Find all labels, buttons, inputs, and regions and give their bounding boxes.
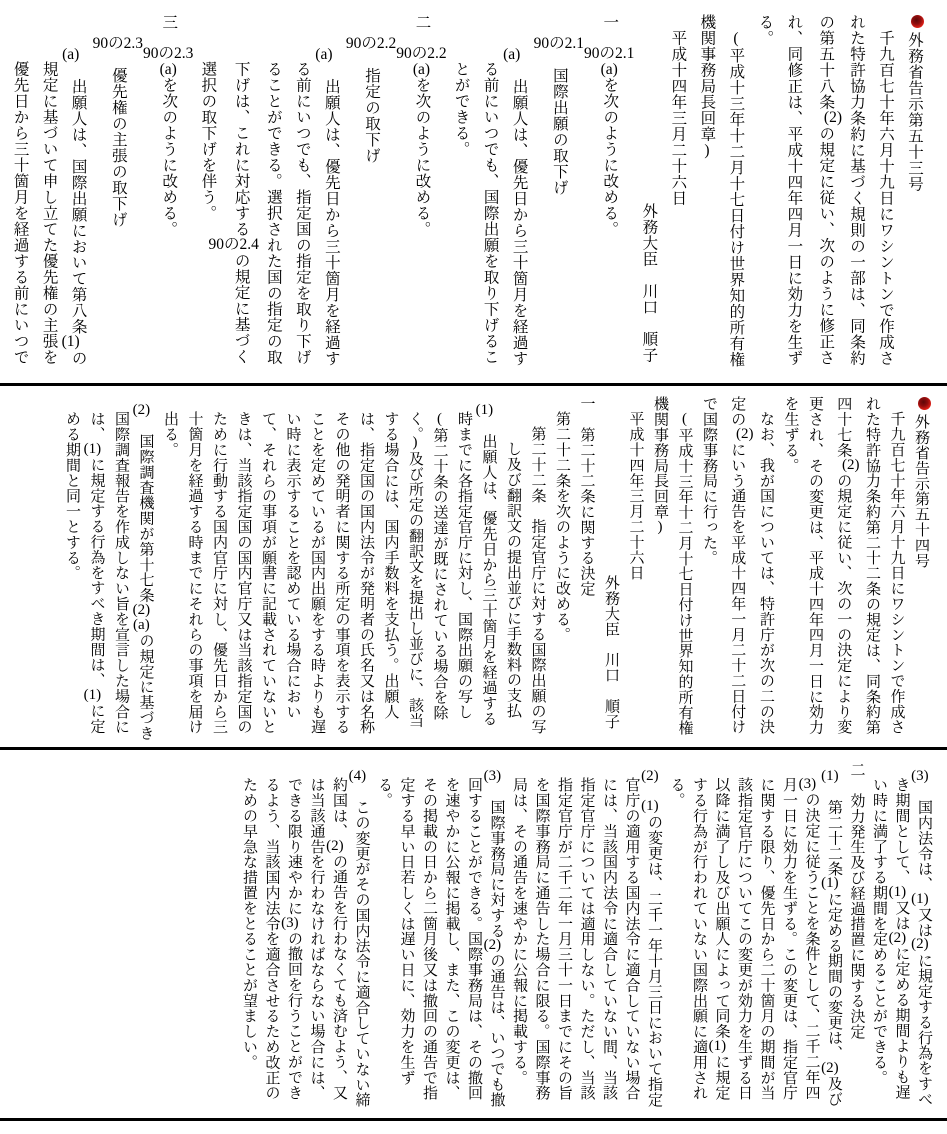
article-22-paragraph-2: (2) 国際調査機関が第十七条(2)(a)の規定に基づき国際調査報告を作成しない… — [60, 396, 158, 741]
ministry-seal-icon — [911, 15, 924, 28]
notice-54-preamble: 千九百七十年六月十九日にワシントンで作成された特許協力条約第二十二条の規定は、同… — [778, 396, 909, 741]
bottom-rule — [0, 1118, 947, 1121]
article-22-paragraph-3: (3) 国内法令は、(1)又は(2)に規定する行為をすべき期間として、(1)又は… — [868, 762, 936, 1112]
item-3-heading: 三 90の2.3(a)を次のように改める。 — [143, 14, 193, 375]
decision-1-heading: 一 第二十二条に関する決定 — [574, 396, 599, 741]
ministry-seal-icon — [918, 397, 931, 410]
notice-53-date: 平成十四年三月二十六日 — [663, 14, 692, 375]
notice-54-part-1: 外務省告示第五十四号 千九百七十年六月十九日にワシントンで作成された特許協力条約… — [0, 386, 947, 747]
decision-2-paragraph-3: (3) 国際事務局に対する(2)の通告は、いつでも撤回することができる。国際事務… — [373, 762, 508, 1112]
notice-54-circular-reference: (平成十三年十二月十七日付け世界知的所有権機関事務局長回章) — [648, 396, 697, 741]
notice-53-signature: 外務大臣 川口 順子 — [634, 14, 663, 375]
notice-54-title: 外務省告示第五十四号 — [913, 414, 929, 568]
item-3-rule-title: 90の2.3 優先権の主張の取下げ — [93, 14, 143, 375]
decision-2-paragraph-2: (2) (1)の変更は、二千一年十月三日において指定官庁の適用する国内法令に適合… — [508, 762, 666, 1112]
decision-2-paragraph-4: (4) この変更がその国内法令に適合していない締約国は、(2)の通告を行わなくて… — [238, 762, 373, 1112]
notice-53-title: 外務省告示第五十三号 — [906, 32, 923, 192]
item-1-body: (a) 出願人は、優先日から三十箇月を経過する前にいつでも、国際出願を取り下げる… — [447, 14, 534, 375]
notice-53-title-line: 外務省告示第五十三号 — [900, 14, 929, 375]
notice-54-date: 平成十四年三月二十六日 — [623, 396, 648, 741]
decision-1-amend-line: 第二十二条を次のように改める。 — [550, 396, 575, 741]
item-2-rule-title: 90の2.2 指定の取下げ — [346, 14, 396, 375]
decision-2-heading: 二 効力発生及び経過措置に関する決定 — [845, 762, 868, 1112]
notice-53-preamble: 千九百七十年六月十九日にワシントンで作成された特許協力条約に基づく規則の一部は、… — [750, 14, 900, 375]
notice-54-signature: 外務大臣 川口 順子 — [599, 396, 624, 741]
item-1-rule-title: 90の2.1 国際出願の取下げ — [534, 14, 584, 375]
item-3-body: (a) 出願人は、国際出願において第八条(1)の規定に基づいて申し立てた優先権の… — [0, 14, 93, 375]
decision-2-paragraph-1: (1) 第二十二条(1)に定める期間の変更は、(2)及び(3)の決定に従うことを… — [665, 762, 845, 1112]
article-22-paragraph-1: (1) 出願人は、優先日から三十箇月を経過する時までに各指定官庁に対し、国際出願… — [158, 396, 501, 741]
notice-53-circular-reference: (平成十三年十二月十七日付け世界知的所有権機関事務局長回章) — [692, 14, 750, 375]
notice-54-part-2: (3) 国内法令は、(1)又は(2)に規定する行為をすべき期間として、(1)又は… — [0, 750, 947, 1118]
notice-53: 外務省告示第五十三号 千九百七十年六月十九日にワシントンで作成された特許協力条約… — [0, 0, 947, 383]
article-22-title: 第二十二条 指定官庁に対する国際出願の写し及び翻訳文の提出並びに手数料の支払 — [501, 396, 550, 741]
gazette-page: 外務省告示第五十三号 千九百七十年六月十九日にワシントンで作成された特許協力条約… — [0, 0, 947, 1134]
item-1-heading: 一 90の2.1(a)を次のように改める。 — [584, 14, 634, 375]
item-2-heading: 二 90の2.2(a)を次のように改める。 — [396, 14, 446, 375]
item-2-body: (a) 出願人は、優先日から三十箇月を経過する前にいつでも、指定国の指定を取り下… — [193, 14, 345, 375]
notice-54-note: なお、我が国については、特許庁が次の二の決定の(2)にいう通告を平成十四年一月二… — [697, 396, 779, 741]
notice-54-title-line: 外務省告示第五十四号 — [909, 396, 934, 741]
